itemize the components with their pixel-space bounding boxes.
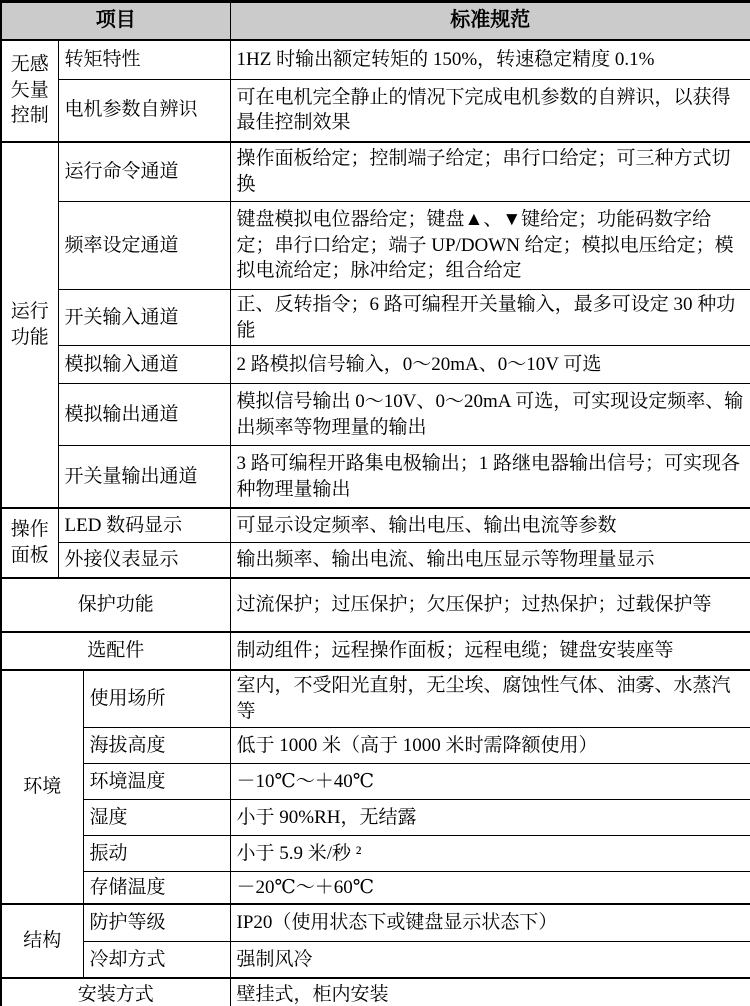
spec-sheet-page: 项目 标准规范 无感 矢量 控制 转矩特性 1HZ 时输出额定转矩的 150%，… (0, 0, 750, 1006)
group-label-environment: 环境 (1, 670, 83, 904)
table-row: 安装方式 壁挂式，柜内安装 (1, 978, 750, 1006)
row-label: 转矩特性 (58, 40, 230, 80)
table-row: 频率设定通道 键盘模拟电位器给定；键盘▲、▼键给定；功能码数字给定；串行口给定；… (1, 202, 750, 290)
table-row: 环境温度 －10℃～＋40℃ (1, 764, 750, 800)
row-value: 1HZ 时输出额定转矩的 150%，转速稳定精度 0.1% (230, 40, 750, 80)
row-label: 开关量输出通道 (58, 446, 230, 508)
row-label: 防护等级 (83, 904, 230, 942)
table-row: 选配件 制动组件；远程操作面板；远程电缆；键盘安装座等 (1, 632, 750, 670)
row-label: 运行命令通道 (58, 142, 230, 202)
table-row: 存储温度 －20℃～＋60℃ (1, 872, 750, 904)
row-value: 正、反转指令；6 路可编程开关量输入，最多可设定 30 种功能 (230, 290, 750, 346)
table-row: 操作 面板 LED 数码显示 可显示设定频率、输出电压、输出电流等参数 (1, 508, 750, 543)
table-row: 振动 小于 5.9 米/秒 ² (1, 836, 750, 872)
row-value: 过流保护；过压保护；欠压保护；过热保护；过载保护等 (230, 578, 750, 632)
merged-label-options: 选配件 (1, 632, 230, 670)
row-label: 冷却方式 (83, 942, 230, 978)
group-label-operation-function: 运行 功能 (1, 142, 58, 508)
row-label: 电机参数自辨识 (58, 80, 230, 142)
table-row: 环境 使用场所 室内，不受阳光直射，无尘埃、腐蚀性气体、油雾、水蒸汽等 (1, 670, 750, 728)
row-value: 壁挂式，柜内安装 (230, 978, 750, 1006)
group-label-vector-control: 无感 矢量 控制 (1, 40, 58, 142)
row-label: 环境温度 (83, 764, 230, 800)
row-value: IP20（使用状态下或键盘显示状态下） (230, 904, 750, 942)
table-row: 外接仪表显示 输出频率、输出电流、输出电压显示等物理量显示 (1, 543, 750, 578)
row-value: 键盘模拟电位器给定；键盘▲、▼键给定；功能码数字给定；串行口给定；端子 UP/D… (230, 202, 750, 290)
row-label: LED 数码显示 (58, 508, 230, 543)
header-item-cell: 项目 (1, 2, 230, 40)
row-label: 振动 (83, 836, 230, 872)
row-label: 模拟输出通道 (58, 384, 230, 446)
row-value: 3 路可编程开路集电极输出；1 路继电器输出信号；可实现各种物理量输出 (230, 446, 750, 508)
table-row: 模拟输出通道 模拟信号输出 0～10V、0～20mA 可选，可实现设定频率、输出… (1, 384, 750, 446)
row-value: 可显示设定频率、输出电压、输出电流等参数 (230, 508, 750, 543)
table-row: 开关量输出通道 3 路可编程开路集电极输出；1 路继电器输出信号；可实现各种物理… (1, 446, 750, 508)
row-value: 输出频率、输出电流、输出电压显示等物理量显示 (230, 543, 750, 578)
row-value: 低于 1000 米（高于 1000 米时需降额使用） (230, 728, 750, 764)
row-value: 可在电机完全静止的情况下完成电机参数的自辨识，以获得最佳控制效果 (230, 80, 750, 142)
table-row: 冷却方式 强制风冷 (1, 942, 750, 978)
row-value: 小于 5.9 米/秒 ² (230, 836, 750, 872)
table-row: 保护功能 过流保护；过压保护；欠压保护；过热保护；过载保护等 (1, 578, 750, 632)
merged-label-protection: 保护功能 (1, 578, 230, 632)
group-label-structure: 结构 (1, 904, 83, 978)
row-label: 开关输入通道 (58, 290, 230, 346)
row-value: 2 路模拟信号输入，0～20mA、0～10V 可选 (230, 346, 750, 384)
row-label: 使用场所 (83, 670, 230, 728)
table-row: 海拔高度 低于 1000 米（高于 1000 米时需降额使用） (1, 728, 750, 764)
table-row: 运行 功能 运行命令通道 操作面板给定；控制端子给定；串行口给定；可三种方式切换 (1, 142, 750, 202)
spec-table: 项目 标准规范 无感 矢量 控制 转矩特性 1HZ 时输出额定转矩的 150%，… (0, 0, 750, 1006)
row-value: 小于 90%RH，无结露 (230, 800, 750, 836)
table-row: 结构 防护等级 IP20（使用状态下或键盘显示状态下） (1, 904, 750, 942)
row-label: 存储温度 (83, 872, 230, 904)
table-row: 开关输入通道 正、反转指令；6 路可编程开关量输入，最多可设定 30 种功能 (1, 290, 750, 346)
row-value: 模拟信号输出 0～10V、0～20mA 可选，可实现设定频率、输出频率等物理量的… (230, 384, 750, 446)
merged-label-installation: 安装方式 (1, 978, 230, 1006)
row-value: 室内，不受阳光直射，无尘埃、腐蚀性气体、油雾、水蒸汽等 (230, 670, 750, 728)
row-label: 海拔高度 (83, 728, 230, 764)
row-label: 模拟输入通道 (58, 346, 230, 384)
row-value: 制动组件；远程操作面板；远程电缆；键盘安装座等 (230, 632, 750, 670)
group-label-operation-panel: 操作 面板 (1, 508, 58, 578)
row-label: 频率设定通道 (58, 202, 230, 290)
table-row: 湿度 小于 90%RH，无结露 (1, 800, 750, 836)
table-row: 模拟输入通道 2 路模拟信号输入，0～20mA、0～10V 可选 (1, 346, 750, 384)
row-value: －20℃～＋60℃ (230, 872, 750, 904)
row-value: 强制风冷 (230, 942, 750, 978)
row-value: －10℃～＋40℃ (230, 764, 750, 800)
row-label: 外接仪表显示 (58, 543, 230, 578)
row-value: 操作面板给定；控制端子给定；串行口给定；可三种方式切换 (230, 142, 750, 202)
table-row: 电机参数自辨识 可在电机完全静止的情况下完成电机参数的自辨识，以获得最佳控制效果 (1, 80, 750, 142)
table-header-row: 项目 标准规范 (1, 2, 750, 40)
header-spec-cell: 标准规范 (230, 2, 750, 40)
table-row: 无感 矢量 控制 转矩特性 1HZ 时输出额定转矩的 150%，转速稳定精度 0… (1, 40, 750, 80)
row-label: 湿度 (83, 800, 230, 836)
